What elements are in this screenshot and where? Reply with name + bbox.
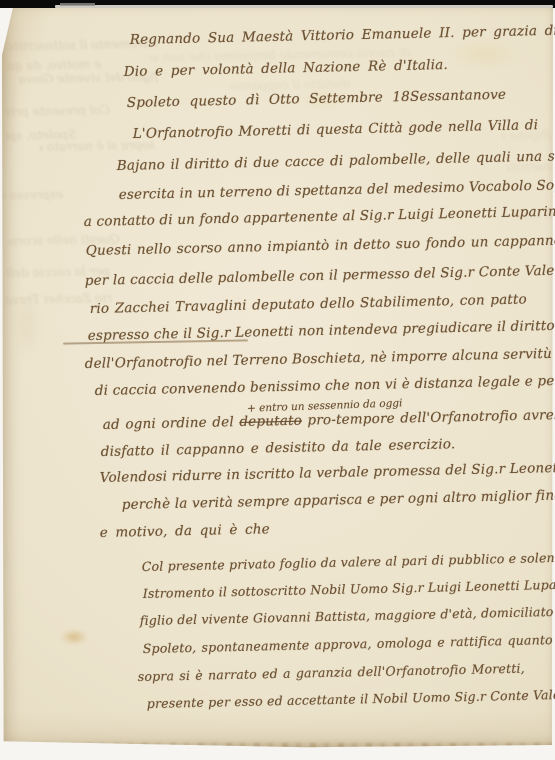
photographed-manuscript: { "manuscript": { "insertion": "+ entro … <box>0 0 555 760</box>
paper-top-edge-notch <box>60 3 95 6</box>
bleedthrough-text: espresso che il Sig.r Leonetti non inten… <box>3 187 63 203</box>
strikethrough-word: deputato <box>239 413 302 430</box>
paper-stain <box>450 40 520 68</box>
bleedthrough-text: Col presente privato foglio da valere al… <box>5 103 110 120</box>
line-segment: ad ogni ordine del <box>103 414 240 433</box>
line-segment: pro-tempore dell'Orfanotrofio avrebbe <box>302 407 555 429</box>
paper-top-edge-highlight <box>55 5 553 8</box>
manuscript-line: e motivo, da qui è che <box>100 519 271 543</box>
paper-stain <box>60 629 88 645</box>
